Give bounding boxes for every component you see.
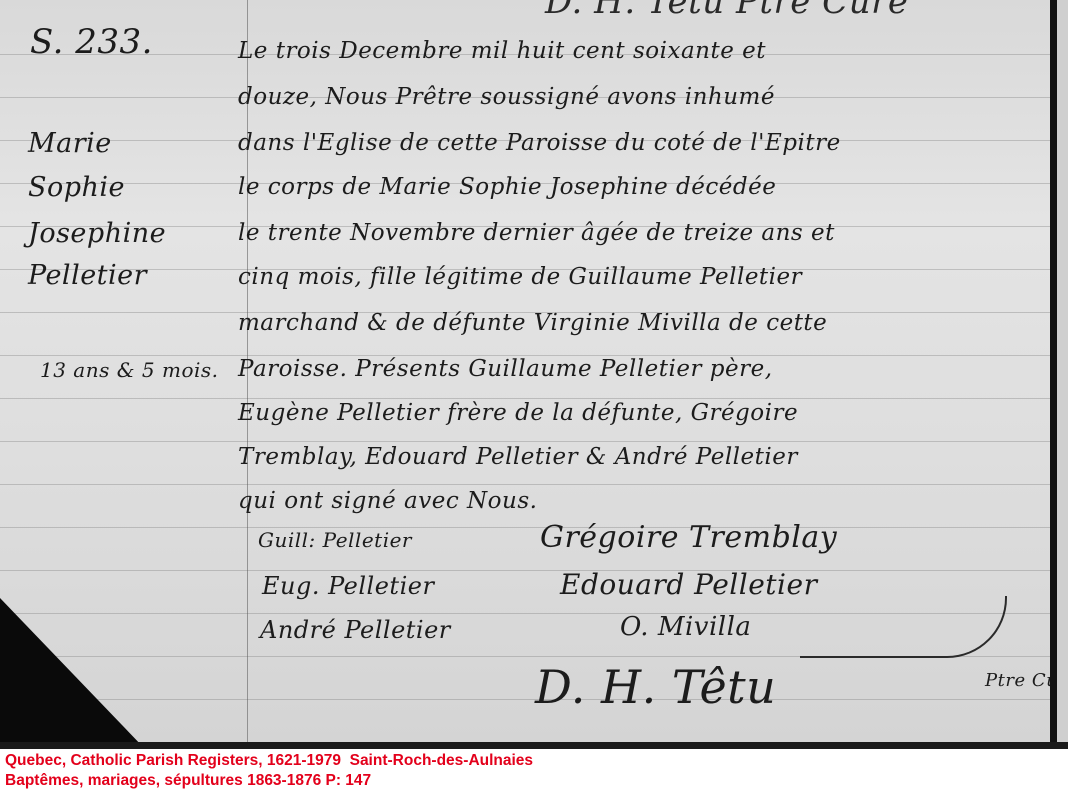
margin-name-first: Marie [28, 128, 112, 159]
signature-flourish [800, 596, 1007, 658]
body-line: qui ont signé avec Nous. [238, 488, 537, 514]
body-line: douze, Nous Prêtre soussigné avons inhum… [238, 84, 775, 110]
body-line: marchand & de défunte Virginie Mivilla d… [238, 310, 827, 336]
body-line: Tremblay, Edouard Pelletier & André Pell… [238, 444, 798, 470]
signature-andre: André Pelletier [260, 616, 451, 644]
signature-gregoire: Grégoire Tremblay [540, 520, 837, 555]
body-line: le corps de Marie Sophie Josephine décéd… [238, 174, 776, 200]
body-line: dans l'Eglise de cette Paroisse du coté … [238, 130, 841, 156]
source-caption-line1: Quebec, Catholic Parish Registers, 1621-… [5, 752, 533, 770]
body-line: cinq mois, fille légitime de Guillaume P… [238, 264, 802, 290]
body-line: Paroisse. Présents Guillaume Pelletier p… [238, 356, 773, 382]
entry-reference: S. 233. [30, 22, 153, 62]
register-page-scan: D. H. Têtu Ptre Curé S. 233. Marie Sophi… [0, 0, 1068, 749]
body-line: Eugène Pelletier frère de la défunte, Gr… [238, 400, 798, 426]
body-line: le trente Novembre dernier âgée de treiz… [238, 220, 835, 246]
signature-eugene: Eug. Pelletier [262, 572, 434, 600]
previous-entry-signature: D. H. Têtu Ptre Curé [545, 0, 908, 22]
scan-bottom-edge [0, 742, 1068, 749]
signature-edouard: Edouard Pelletier [560, 568, 817, 601]
source-caption-line2: Baptêmes, mariages, sépultures 1863-1876… [5, 772, 371, 790]
signature-mivilla: O. Mivilla [620, 612, 751, 642]
body-line: Le trois Decembre mil huit cent soixante… [238, 38, 766, 64]
signature-guillaume: Guill: Pelletier [258, 528, 412, 552]
priest-signature: D. H. Têtu [535, 660, 776, 714]
margin-surname: Pelletier [28, 260, 147, 291]
page-binding-edge [1050, 0, 1057, 749]
margin-age-note: 13 ans & 5 mois. [40, 358, 219, 382]
adjacent-page-strip [1057, 0, 1068, 749]
margin-name-second: Sophie [28, 172, 125, 203]
margin-name-third: Josephine [28, 218, 166, 249]
